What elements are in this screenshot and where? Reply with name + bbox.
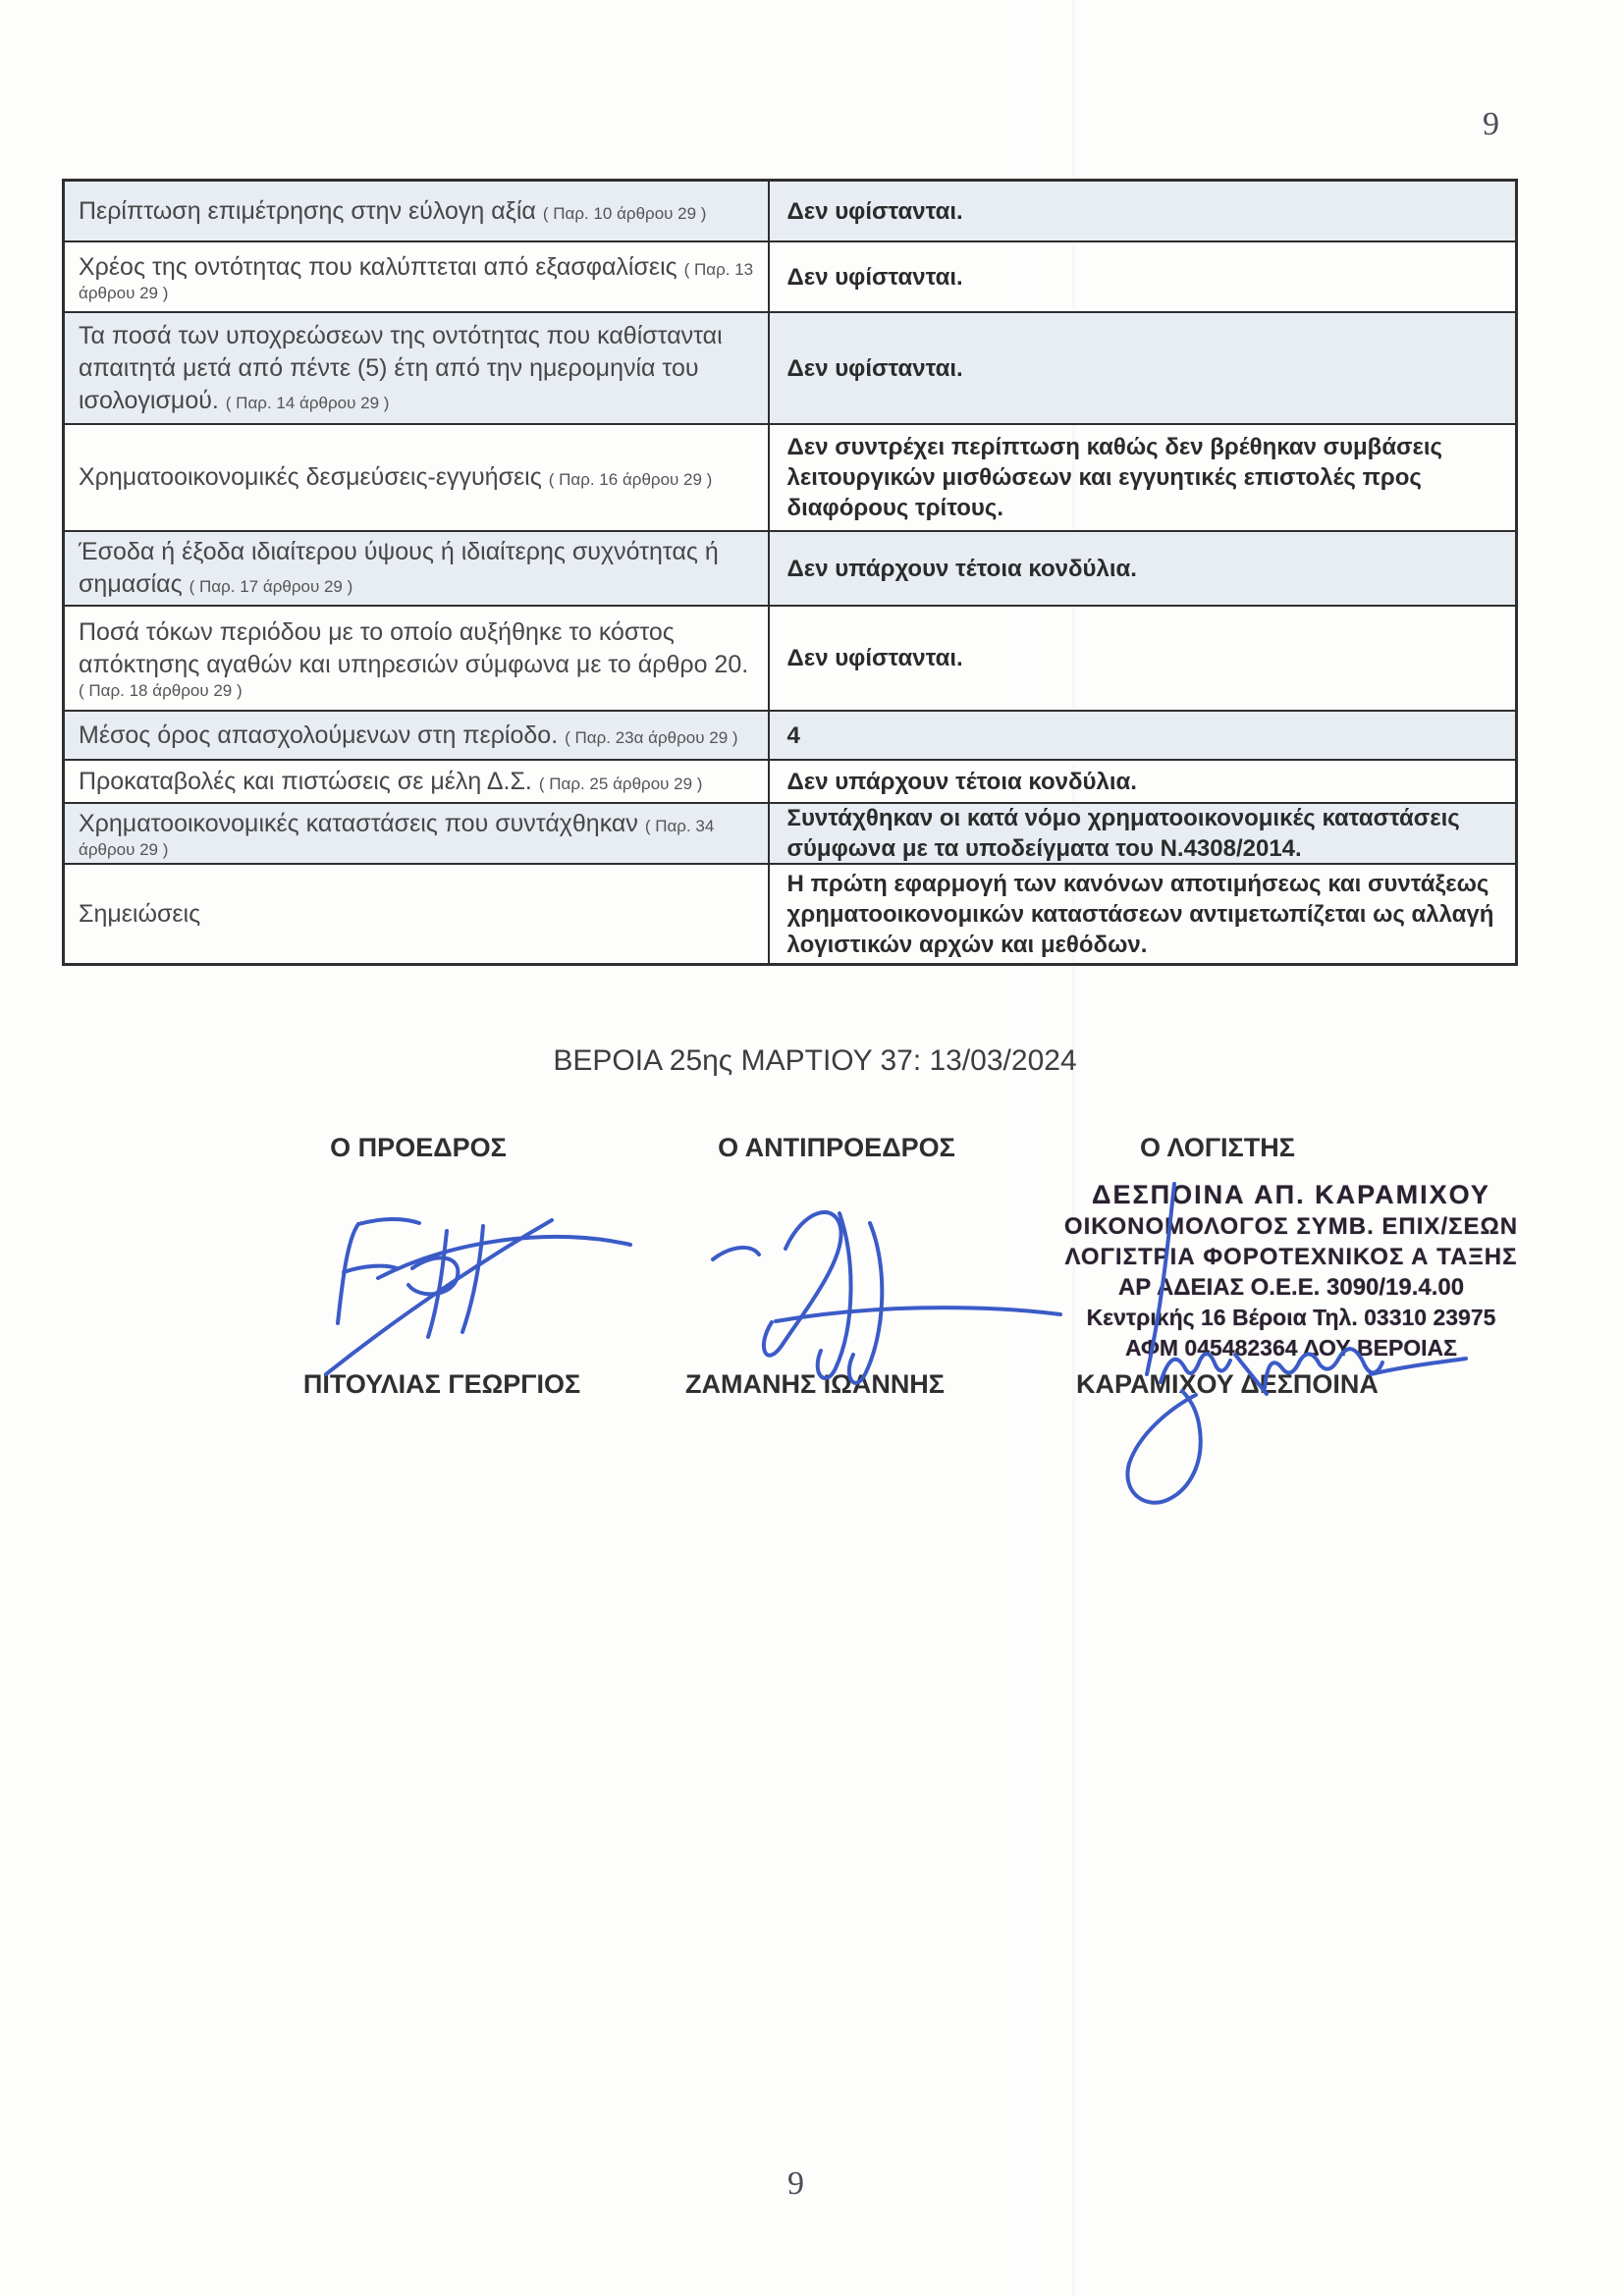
- table-row: Περίπτωση επιμέτρησης στην εύλογη αξία (…: [65, 182, 1515, 240]
- row-value: Δεν υπάρχουν τέτοια κονδύλια.: [787, 554, 1137, 584]
- row-value-cell: Συντάχθηκαν οι κατά νόμο χρηματοοικονομι…: [770, 804, 1515, 863]
- row-value-cell: Δεν υπάρχουν τέτοια κονδύλια.: [770, 532, 1515, 605]
- row-label-cell: Ποσά τόκων περιόδου με το οποίο αυξήθηκε…: [65, 607, 770, 710]
- stamp-line: ΔΕΣΠΟΙΝΑ ΑΠ. ΚΑΡΑΜΙΧΟΥ: [1060, 1178, 1522, 1211]
- row-label-cell: Σημειώσεις: [65, 865, 770, 963]
- signatory-title: Ο ΠΡΟΕΔΡΟΣ: [330, 1133, 507, 1163]
- row-value-cell: 4: [770, 712, 1515, 759]
- table-row: Τα ποσά των υποχρεώσεων της οντότητας πο…: [65, 311, 1515, 423]
- row-paragraph-ref: ( Παρ. 25 άρθρου 29 ): [539, 774, 703, 793]
- row-value-cell: Δεν συντρέχει περίπτωση καθώς δεν βρέθηκ…: [770, 425, 1515, 530]
- row-value: Δεν υφίστανται.: [787, 262, 963, 293]
- row-label: Περίπτωση επιμέτρησης στην εύλογη αξία: [79, 197, 543, 225]
- signatory-title: Ο ΑΝΤΙΠΡΟΕΔΡΟΣ: [718, 1133, 955, 1163]
- stamp-line: ΟΙΚΟΝΟΜΟΛΟΓΟΣ ΣΥΜΒ. ΕΠΙΧ/ΣΕΩΝ: [1060, 1211, 1522, 1242]
- table-row: Έσοδα ή έξοδα ιδιαίτερου ύψους ή ιδιαίτε…: [65, 530, 1515, 605]
- row-label: Τα ποσά των υποχρεώσεων της οντότητας πο…: [79, 322, 723, 414]
- row-paragraph-ref: ( Παρ. 17 άρθρου 29 ): [189, 577, 353, 596]
- row-value: Δεν υφίστανται.: [787, 196, 963, 227]
- row-paragraph-ref: ( Παρ. 18 άρθρου 29 ): [79, 681, 243, 700]
- table-row: Χρηματοοικονομικές δεσμεύσεις-εγγυήσεις …: [65, 423, 1515, 530]
- signatory-name: ΠΙΤΟΥΛΙΑΣ ΓΕΩΡΓΙΟΣ: [303, 1369, 580, 1400]
- row-value-cell: Η πρώτη εφαρμογή των κανόνων αποτιμήσεως…: [770, 865, 1515, 963]
- row-label-cell: Μέσος όρος απασχολούμενων στη περίοδο. (…: [65, 712, 770, 759]
- stamp-line: ΑΡ ΑΔΕΙΑΣ Ο.Ε.Ε. 3090/19.4.00: [1060, 1272, 1522, 1303]
- page-number-top: 9: [1483, 106, 1499, 143]
- closing-date: ΒΕΡΟΙΑ 25ης ΜΑΡΤΙΟΥ 37: 13/03/2024: [553, 1044, 1076, 1078]
- stamp-line: ΑΦΜ 045482364 ΔΟΥ ΒΕΡΟΙΑΣ: [1060, 1333, 1522, 1363]
- row-label-cell: Έσοδα ή έξοδα ιδιαίτερου ύψους ή ιδιαίτε…: [65, 532, 770, 605]
- table-row: Προκαταβολές και πιστώσεις σε μέλη Δ.Σ. …: [65, 759, 1515, 802]
- row-label: Χρέος της οντότητας που καλύπτεται από ε…: [79, 253, 684, 281]
- table-row: Χρηματοοικονομικές καταστάσεις που συντά…: [65, 802, 1515, 863]
- row-label: Έσοδα ή έξοδα ιδιαίτερου ύψους ή ιδιαίτε…: [79, 538, 719, 598]
- row-value-cell: Δεν υφίστανται.: [770, 242, 1515, 311]
- row-value: Δεν συντρέχει περίπτωση καθώς δεν βρέθηκ…: [787, 432, 1503, 523]
- row-label-cell: Χρηματοοικονομικές καταστάσεις που συντά…: [65, 804, 770, 863]
- row-value-cell: Δεν υφίστανται.: [770, 182, 1515, 240]
- stamp-line: Κεντρικής 16 Βέροια Τηλ. 03310 23975: [1060, 1303, 1522, 1333]
- accountant-stamp: ΔΕΣΠΟΙΝΑ ΑΠ. ΚΑΡΑΜΙΧΟΥΟΙΚΟΝΟΜΟΛΟΓΟΣ ΣΥΜΒ…: [1060, 1178, 1522, 1363]
- document-page: 9 Περίπτωση επιμέτρησης στην εύλογη αξία…: [0, 0, 1624, 2296]
- row-label: Μέσος όρος απασχολούμενων στη περίοδο.: [79, 721, 565, 749]
- row-value: Δεν υπάρχουν τέτοια κονδύλια.: [787, 767, 1137, 797]
- row-label-cell: Τα ποσά των υποχρεώσεων της οντότητας πο…: [65, 313, 770, 423]
- stamp-line: ΛΟΓΙΣΤΡΙΑ ΦΟΡΟΤΕΧΝΙΚΟΣ Α ΤΑΞΗΣ: [1060, 1242, 1522, 1272]
- row-label-cell: Χρηματοοικονομικές δεσμεύσεις-εγγυήσεις …: [65, 425, 770, 530]
- row-value: Δεν υφίστανται.: [787, 353, 963, 384]
- notes-table: Περίπτωση επιμέτρησης στην εύλογη αξία (…: [62, 179, 1518, 966]
- row-paragraph-ref: ( Παρ. 23α άρθρου 29 ): [565, 728, 737, 747]
- row-label: Σημειώσεις: [79, 900, 200, 928]
- row-paragraph-ref: ( Παρ. 14 άρθρου 29 ): [226, 394, 390, 412]
- row-value: Συντάχθηκαν οι κατά νόμο χρηματοοικονομι…: [787, 803, 1503, 863]
- signatory-title: Ο ΛΟΓΙΣΤΗΣ: [1140, 1133, 1295, 1163]
- row-label-cell: Περίπτωση επιμέτρησης στην εύλογη αξία (…: [65, 182, 770, 240]
- table-row: Ποσά τόκων περιόδου με το οποίο αυξήθηκε…: [65, 605, 1515, 710]
- row-label-cell: Προκαταβολές και πιστώσεις σε μέλη Δ.Σ. …: [65, 761, 770, 802]
- row-value-cell: Δεν υπάρχουν τέτοια κονδύλια.: [770, 761, 1515, 802]
- table-row: Μέσος όρος απασχολούμενων στη περίοδο. (…: [65, 710, 1515, 759]
- row-value-cell: Δεν υφίστανται.: [770, 313, 1515, 423]
- row-paragraph-ref: ( Παρ. 10 άρθρου 29 ): [543, 204, 707, 223]
- row-value-cell: Δεν υφίστανται.: [770, 607, 1515, 710]
- row-label: Προκαταβολές και πιστώσεις σε μέλη Δ.Σ.: [79, 768, 539, 795]
- page-number-bottom: 9: [787, 2165, 804, 2203]
- row-label: Χρηματοοικονομικές δεσμεύσεις-εγγυήσεις: [79, 463, 549, 491]
- vice-president-signature: [713, 1212, 1060, 1383]
- row-label: Χρηματοοικονομικές καταστάσεις που συντά…: [79, 810, 645, 837]
- signatory-name: ΚΑΡΑΜΙΧΟΥ ΔΕΣΠΟΙΝΑ: [1076, 1369, 1379, 1400]
- signatory-name: ΖΑΜΑΝΗΣ ΙΩΑΝΝΗΣ: [685, 1369, 945, 1400]
- row-paragraph-ref: ( Παρ. 16 άρθρου 29 ): [549, 470, 713, 489]
- row-label-cell: Χρέος της οντότητας που καλύπτεται από ε…: [65, 242, 770, 311]
- table-row: Σημειώσεις Η πρώτη εφαρμογή των κανόνων …: [65, 863, 1515, 963]
- row-value: Η πρώτη εφαρμογή των κανόνων αποτιμήσεως…: [787, 869, 1503, 960]
- president-signature: [326, 1219, 630, 1374]
- row-label: Ποσά τόκων περιόδου με το οποίο αυξήθηκε…: [79, 618, 748, 678]
- table-row: Χρέος της οντότητας που καλύπτεται από ε…: [65, 240, 1515, 311]
- row-value: Δεν υφίστανται.: [787, 643, 963, 673]
- row-value: 4: [787, 721, 800, 751]
